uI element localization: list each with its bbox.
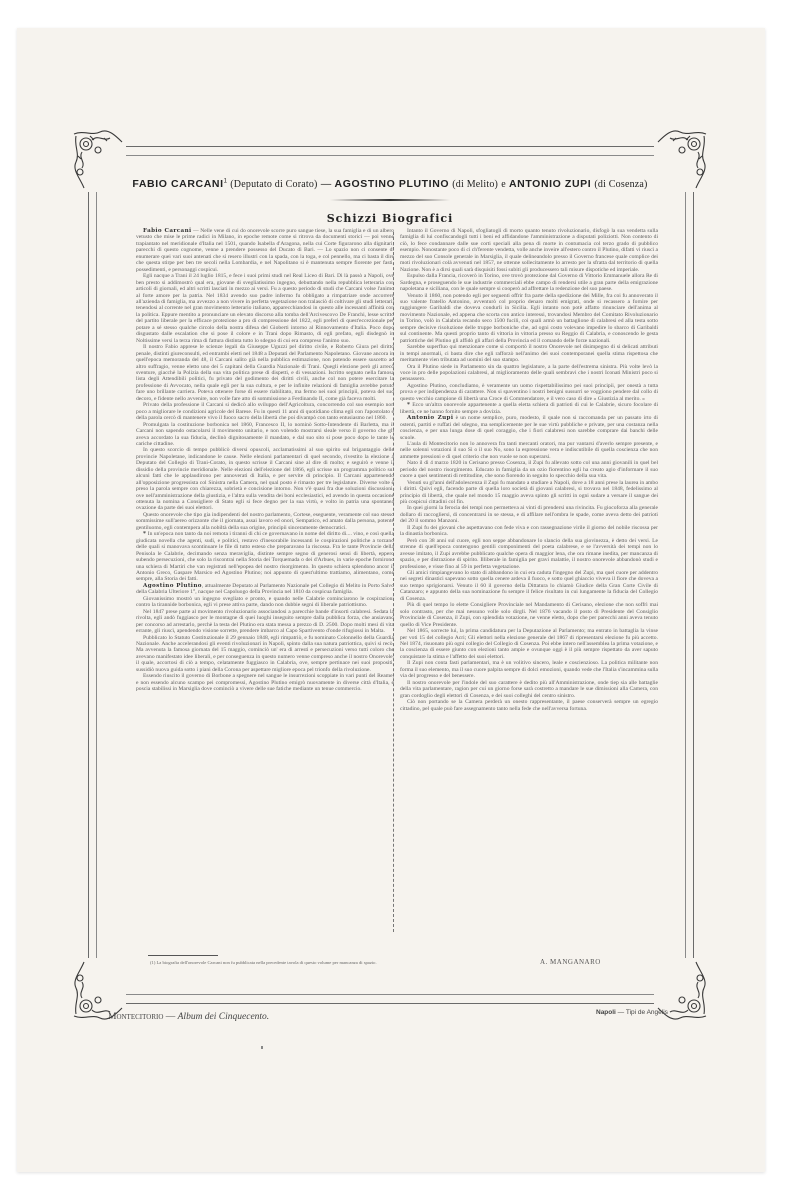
paragraph: Nel 1865, sorrecte lui, la prima candida… xyxy=(400,628,658,660)
printer-city: Napoli xyxy=(596,1009,616,1016)
paragraph-text: Nel 1847 prese parte al movimento rivolu… xyxy=(136,609,394,634)
paragraph-text: Privato della professione il Carcani si … xyxy=(136,402,394,421)
footnote-rule xyxy=(148,955,218,956)
paragraph: Il nostro onorevole per l'indole del suo… xyxy=(400,680,658,699)
paragraph-text: In quei giorni la ferocia dei tempi non … xyxy=(400,505,658,524)
paragraph: Ciò non portando se la Camera perderà un… xyxy=(400,699,658,712)
paragraph: Nato il dì 4 marzo 1820 in Cerisano pres… xyxy=(400,460,658,479)
section-subtitle: Schizzi Biografici xyxy=(110,212,670,225)
paragraph-text: Intanto il Governo di Napoli, sfogliatog… xyxy=(400,228,658,273)
paragraph: Egli nacque a Trani il 24 luglio 1815, e… xyxy=(136,273,394,344)
paragraph: Questo onorevole che tipo gia indipenden… xyxy=(136,512,394,531)
paragraph-heading: Antonio Zupi xyxy=(407,415,453,421)
paragraph-text: Sarebbe superfluo qui menzionare come si… xyxy=(400,344,658,363)
paragraph: Essendo riuscito il governo di Borbone a… xyxy=(136,673,394,692)
paragraph-text: Il Zupi non conta fasti parlamentari, ma… xyxy=(400,660,658,679)
publication-place: Montecitorio xyxy=(108,1012,163,1022)
paragraph: Sarebbe superfluo qui menzionare come si… xyxy=(400,344,658,363)
footnote: (1) La biografia dell'onorevole Carcani … xyxy=(150,960,377,965)
printer-name: — Tipi de Angelis xyxy=(616,1009,668,1016)
title-conjunction: e xyxy=(501,179,506,190)
paragraph: Gli amici rimpiangevano lo stato di abba… xyxy=(400,570,658,602)
paragraph: Ora il Plutino siede in Parlamento sin d… xyxy=(400,364,658,383)
paragraph: Agostino Plutino, concludiamo, è veramen… xyxy=(400,383,658,402)
printer-credit: Napoli — Tipi de Angelis xyxy=(596,1009,668,1016)
paragraph-text: Nel 1865, sorrecte lui, la prima candida… xyxy=(400,628,658,660)
paragraph: In quei giorni la ferocia dei tempi non … xyxy=(400,505,658,524)
column-divider xyxy=(393,232,396,932)
paper-speck xyxy=(261,1046,263,1049)
paragraph: Venuto il 1860, non potendo egli per seg… xyxy=(400,293,658,345)
paragraph-text: Ciò non portando se la Camera perderà un… xyxy=(400,699,658,711)
paragraph: Intanto il Governo di Napoli, sfogliatog… xyxy=(400,228,658,273)
paragraph: Più di quel tempo lo elette Consigliere … xyxy=(400,602,658,628)
paragraph-text: Il nostro onorevole per l'indole del suo… xyxy=(400,680,658,699)
paragraph-text: Gli amici rimpiangevano lo stato di abba… xyxy=(400,570,658,602)
paragraph: In questo scorcio di tempo pubblicò dive… xyxy=(136,447,394,512)
paragraph-text: Più di quel tempo lo elette Consigliere … xyxy=(400,602,658,627)
paragraph: Agostino Plutino, attualmente Deputato a… xyxy=(136,583,394,596)
paragraph-text: Questo onorevole che tipo gia indipenden… xyxy=(136,512,394,531)
paragraph: L'aula di Montecitorio non lo annovera f… xyxy=(400,441,658,460)
paragraph: Privato della professione il Carcani si … xyxy=(136,402,394,421)
publication-title: Album dei Cinquecento. xyxy=(178,1012,270,1022)
publication-credit: Montecitorio — Album dei Cinquecento. xyxy=(108,1012,269,1022)
paragraph: Nel 1847 prese parte al movimento rivolu… xyxy=(136,609,394,635)
paragraph: * In un'epoca non tanto da noi remota i … xyxy=(136,531,394,583)
paragraph-text: Pubblicato lo Statuto Costituzionale il … xyxy=(136,635,394,673)
paragraph-text: Il Zupi fu dei giovani che aspettavano c… xyxy=(400,525,658,537)
paragraph-text: Nato il dì 4 marzo 1820 in Cerisano pres… xyxy=(400,460,658,479)
paragraph-text: — Nelle vene di cui do onorevole scorre … xyxy=(136,228,394,273)
paragraph-text: Venuti su gl'anni dell'adolescenza il Zu… xyxy=(400,480,658,505)
publication-dash: — xyxy=(163,1012,177,1022)
paragraph-text: Venuto il 1860, non potendo egli per seg… xyxy=(400,293,658,344)
paragraph: Antonio Zupi è un nome semplice, puro, m… xyxy=(400,415,658,441)
name-zupi: ANTONIO ZUPI xyxy=(509,178,591,190)
paragraph-text: Agostino Plutino, concludiamo, è veramen… xyxy=(400,383,658,402)
page-title: FABIO CARCANI1 (Deputato di Corato) — AG… xyxy=(110,178,670,190)
paragraph-text: In questo scorcio di tempo pubblicò dive… xyxy=(136,447,394,511)
paragraph: Promulgata la costituzione borbonica nel… xyxy=(136,422,394,448)
paragraph-text: Giovanissimo mostrò un ingegno svegliato… xyxy=(136,596,394,608)
paragraph: Però con 38 anni sul cuore, egli non sep… xyxy=(400,538,658,570)
role-zupi: (di Cosenza) xyxy=(594,179,647,190)
text-column-right: Intanto il Governo di Napoli, sfogliatog… xyxy=(400,228,658,712)
paragraph-text: Ecco un'altra onorevole appartenente a q… xyxy=(400,402,658,414)
paragraph: Il Zupi fu dei giovani che aspettavano c… xyxy=(400,525,658,538)
paragraph: Giovanissimo mostrò un ingegno svegliato… xyxy=(136,596,394,609)
paragraph: Il nostro Fabio apprese le scienze legal… xyxy=(136,344,394,402)
paragraph: * Ecco un'altra onorevole appartenente a… xyxy=(400,402,658,415)
author-signature: A. MANGANARO xyxy=(540,958,601,966)
paragraph: Espulso dalla Francia, ricoverò in Torin… xyxy=(400,273,658,292)
paragraph-text: Il nostro Fabio apprese le scienze legal… xyxy=(136,344,394,402)
role-plutino: (di Melito) xyxy=(452,179,498,190)
paragraph: Fabio Carcani — Nelle vene di cui do ono… xyxy=(136,228,394,273)
paragraph-text: Però con 38 anni sul cuore, egli non sep… xyxy=(400,538,658,570)
paragraph-heading: Fabio Carcani xyxy=(143,228,192,234)
paragraph: Venuti su gl'anni dell'adolescenza il Zu… xyxy=(400,480,658,506)
paragraph-text: Ora il Plutino siede in Parlamento sin d… xyxy=(400,364,658,383)
paragraph-text: Egli nacque a Trani il 24 luglio 1815, e… xyxy=(136,273,394,344)
paragraph: Il Zupi non conta fasti parlamentari, ma… xyxy=(400,660,658,679)
paragraph-text: Essendo riuscito il governo di Borbone a… xyxy=(136,673,394,692)
footnote-marker: 1 xyxy=(224,179,228,185)
text-column-left: Fabio Carcani — Nelle vene di cui do ono… xyxy=(136,228,394,693)
paragraph: Pubblicato lo Statuto Costituzionale il … xyxy=(136,635,394,674)
name-carcani: FABIO CARCANI xyxy=(132,178,223,190)
paragraph-text: Promulgata la costituzione borbonica nel… xyxy=(136,422,394,447)
paragraph-text: In un'epoca non tanto da noi remota i ti… xyxy=(136,531,394,582)
paragraph-text: L'aula di Montecitorio non lo annovera f… xyxy=(400,441,658,460)
role-carcani: (Deputato di Corato) xyxy=(230,179,317,190)
paragraph-text: Espulso dalla Francia, ricoverò in Torin… xyxy=(400,273,658,292)
title-dash: — xyxy=(321,178,332,190)
name-plutino: AGOSTINO PLUTINO xyxy=(335,178,450,190)
title-divider xyxy=(330,199,450,201)
